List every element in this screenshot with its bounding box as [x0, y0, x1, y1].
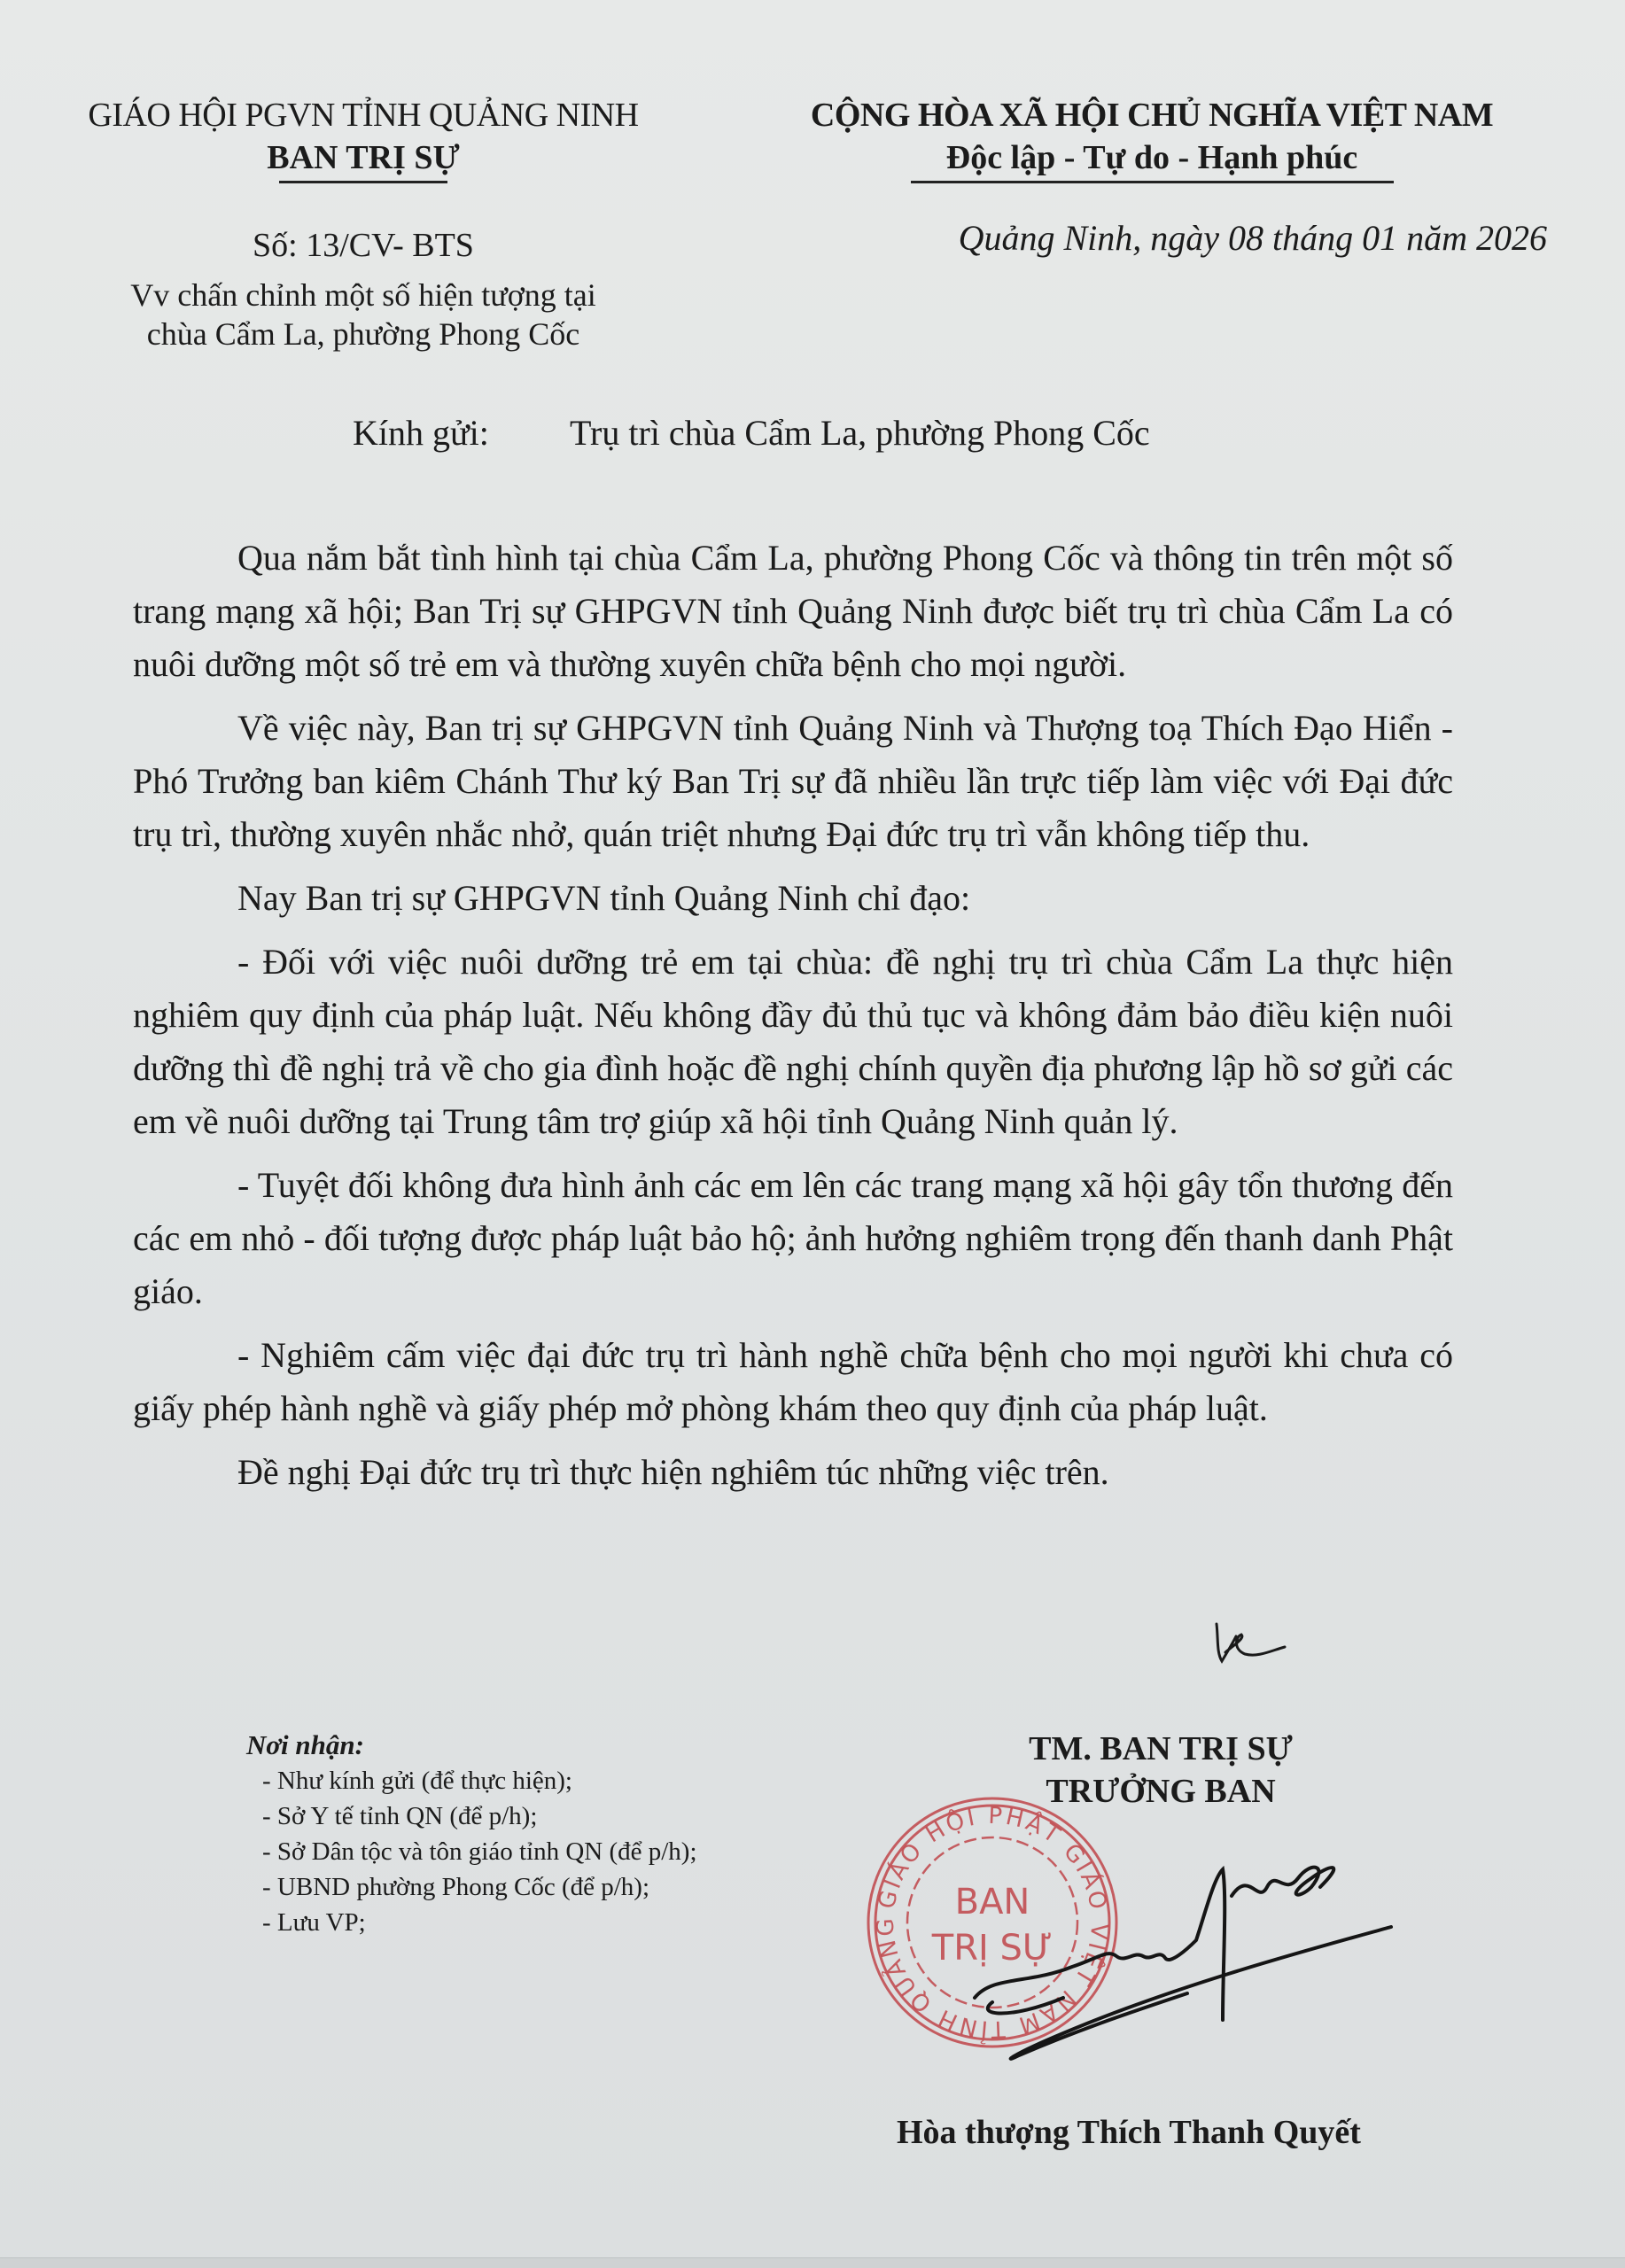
letter-body: Qua nắm bắt tình hình tại chùa Cẩm La, p…	[133, 532, 1453, 1510]
dateline: Quảng Ninh, ngày 08 tháng 01 năm 2026	[753, 217, 1551, 259]
recipient-item: - Như kính gửi (để thực hiện);	[246, 1763, 697, 1798]
body-paragraph: Nay Ban trị sự GHPGVN tỉnh Quảng Ninh ch…	[133, 872, 1453, 925]
recipients-list: Nơi nhận: - Như kính gửi (để thực hiện);…	[246, 1728, 697, 1940]
unit-name: BAN TRỊ SỰ	[71, 138, 656, 177]
addressee-label: Kính gửi:	[353, 412, 570, 454]
document-number: Số: 13/CV- BTS	[71, 226, 656, 265]
page-edge	[0, 2257, 1625, 2268]
body-paragraph: Qua nắm bắt tình hình tại chùa Cẩm La, p…	[133, 532, 1453, 691]
national-header: CỘNG HÒA XÃ HỘI CHỦ NGHĨA VIỆT NAM Độc l…	[753, 96, 1551, 259]
document-subject: Vv chấn chỉnh một số hiện tượng tại chùa…	[71, 276, 656, 353]
signature-icon	[957, 1843, 1400, 2086]
body-paragraph: Về việc này, Ban trị sự GHPGVN tỉnh Quản…	[133, 702, 1453, 861]
position-label: TRƯỞNG BAN	[966, 1770, 1356, 1813]
initials-mark-icon	[1209, 1617, 1289, 1674]
addressee: Kính gửi:Trụ trì chùa Cẩm La, phường Pho…	[353, 412, 1150, 454]
recipient-item: - Sở Y tế tỉnh QN (để p/h);	[246, 1798, 697, 1834]
nation-title: CỘNG HÒA XÃ HỘI CHỦ NGHĨA VIỆT NAM	[753, 96, 1551, 135]
motto-underline	[911, 181, 1394, 183]
closing-paragraph: Đề nghị Đại đức trụ trì thực hiện nghiêm…	[133, 1446, 1453, 1499]
organization-name: GIÁO HỘI PGVN TỈNH QUẢNG NINH	[71, 96, 656, 135]
signer-name: Hòa thượng Thích Thanh Quyết	[897, 2113, 1361, 2152]
recipient-item: - UBND phường Phong Cốc (để p/h);	[246, 1869, 697, 1905]
recipients-title: Nơi nhận:	[246, 1728, 697, 1763]
on-behalf-label: TM. BAN TRỊ SỰ	[966, 1728, 1356, 1770]
issuer-header: GIÁO HỘI PGVN TỈNH QUẢNG NINH BAN TRỊ SỰ…	[71, 96, 656, 353]
subject-line-2: chùa Cẩm La, phường Phong Cốc	[71, 315, 656, 353]
directive-item: - Nghiêm cấm việc đại đức trụ trì hành n…	[133, 1329, 1453, 1435]
national-motto: Độc lập - Tự do - Hạnh phúc	[753, 138, 1551, 177]
addressee-value: Trụ trì chùa Cẩm La, phường Phong Cốc	[570, 413, 1150, 453]
signature-block: TM. BAN TRỊ SỰ TRƯỞNG BAN	[966, 1728, 1356, 1813]
subject-line-1: Vv chấn chỉnh một số hiện tượng tại	[71, 276, 656, 315]
recipient-item: - Sở Dân tộc và tôn giáo tỉnh QN (để p/h…	[246, 1834, 697, 1869]
directive-item: - Tuyệt đối không đưa hình ảnh các em lê…	[133, 1159, 1453, 1318]
directive-item: - Đối với việc nuôi dưỡng trẻ em tại chù…	[133, 936, 1453, 1148]
recipient-item: - Lưu VP;	[246, 1905, 697, 1940]
unit-underline	[279, 181, 447, 183]
